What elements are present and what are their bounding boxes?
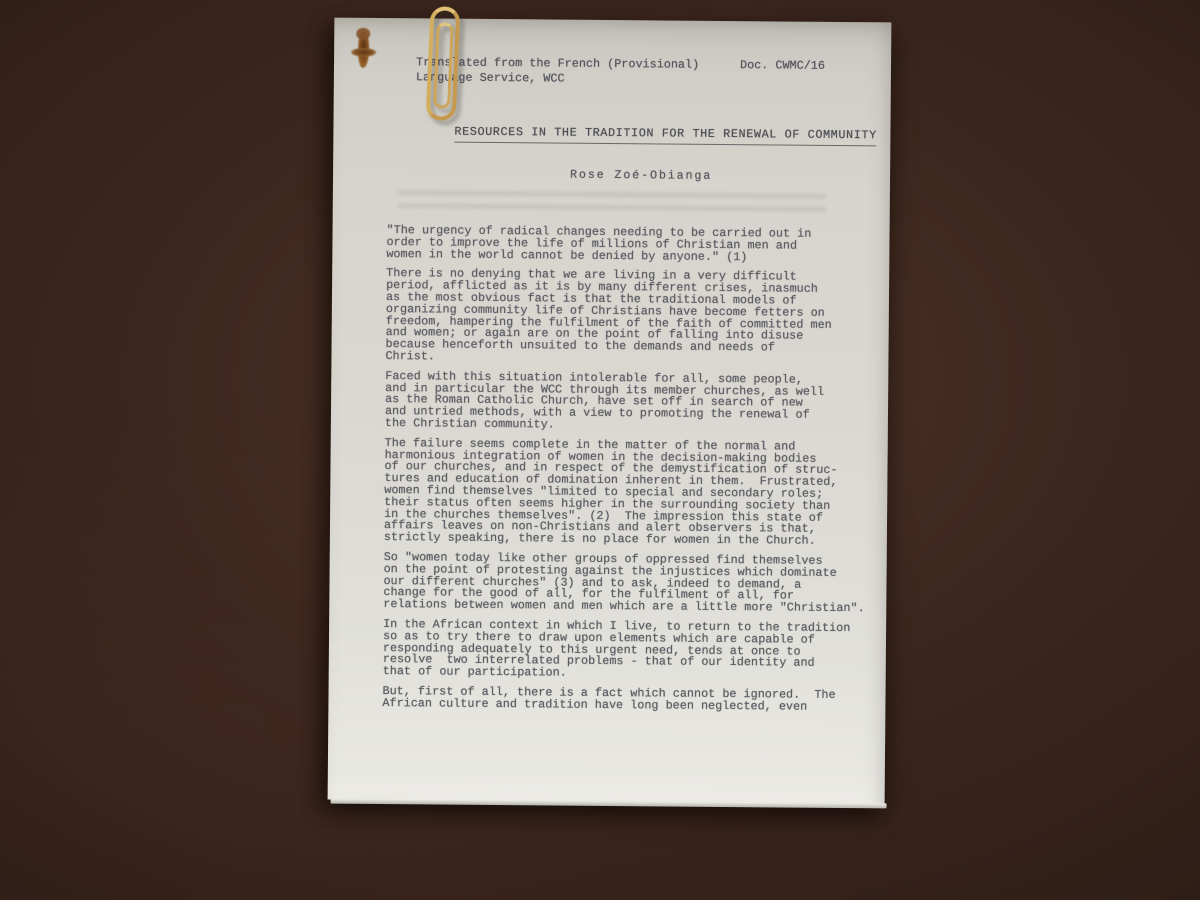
document-body: "The urgency of radical changes needing … [382, 225, 876, 722]
paragraph: There is no denying that we are living i… [385, 268, 876, 367]
header-line: Language Service, WCC [416, 70, 699, 87]
text-line: African culture and tradition have long … [382, 698, 872, 714]
bleed-through-line [397, 203, 827, 212]
paragraph: The failure seems complete in the matter… [384, 438, 875, 548]
author-name: Rose Zoé-Obianga [570, 168, 712, 183]
photo-background: Translated from the French (Provisional)… [0, 0, 1200, 900]
rust-stain-crossbar [351, 48, 376, 57]
paper-document: Translated from the French (Provisional)… [328, 18, 892, 805]
bleed-through-marks [397, 190, 827, 220]
rust-stain [351, 31, 376, 68]
paragraph: In the African context in which I live, … [383, 619, 873, 682]
rust-stain-top [356, 28, 370, 40]
document-title: RESOURCES IN THE TRADITION FOR THE RENEW… [454, 125, 877, 147]
paragraph: Faced with this situation intolerable fo… [385, 371, 875, 434]
paragraph-quote: "The urgency of radical changes needing … [386, 225, 876, 265]
doc-number: Doc. CWMC/16 [740, 58, 825, 73]
paperclip-icon [426, 6, 461, 121]
bleed-through-line [397, 190, 827, 199]
text-line: relations between women and men which ar… [383, 599, 873, 615]
text-line: strictly speaking, there is no place for… [384, 532, 874, 548]
paragraph: So "women today like other groups of opp… [383, 552, 873, 615]
header-translation-note: Translated from the French (Provisional)… [416, 55, 699, 87]
paragraph: But, first of all, there is a fact which… [382, 686, 872, 714]
